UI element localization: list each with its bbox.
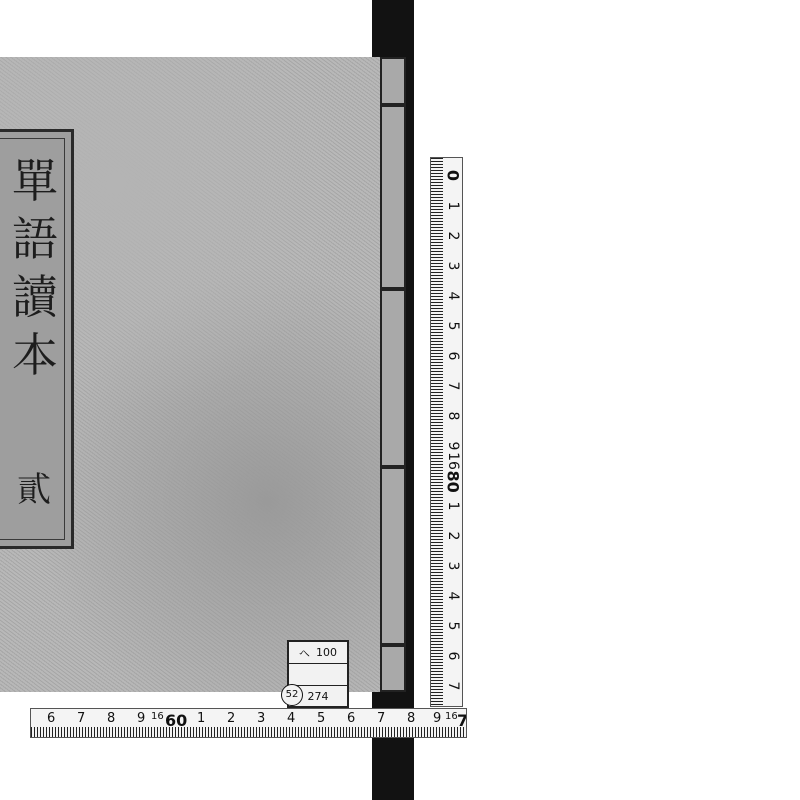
ruler-label: 8 — [407, 711, 415, 726]
book-binding — [380, 57, 408, 692]
ruler-label: 2 — [227, 711, 235, 726]
volume-number: 貳 — [12, 462, 56, 511]
ruler-label: 4 — [445, 287, 461, 305]
ruler-label: 7 — [77, 711, 85, 726]
ruler-label: 7 — [377, 711, 385, 726]
book-title: 單 語 讀 本 — [10, 152, 60, 384]
ruler-label: 1 — [197, 711, 205, 726]
ruler-label: 0 — [444, 167, 463, 185]
ruler-label: 9 — [433, 711, 441, 726]
ruler-label: 6 — [445, 647, 461, 665]
ruler-label: 1 — [445, 197, 461, 215]
ruler-label: 1 — [445, 497, 461, 515]
title-slip: 單 語 讀 本 貳 — [0, 129, 74, 549]
ruler-label: 8 — [445, 407, 461, 425]
ruler-label: 7 — [457, 711, 467, 730]
ruler-label: 8 — [107, 711, 115, 726]
circle-stamp: 52 — [281, 684, 303, 706]
ruler-label: 8 — [445, 703, 461, 707]
ruler-label: 16 — [151, 711, 164, 722]
ruler-label: 3 — [445, 557, 461, 575]
vertical-ruler: 01234567891680123456789 — [430, 157, 463, 707]
ruler-label: 9 — [137, 711, 145, 726]
ruler-label: 16 — [445, 452, 461, 470]
ruler-label: 5 — [445, 317, 461, 335]
ruler-label: 6 — [47, 711, 55, 726]
ruler-label: 16 — [445, 711, 458, 722]
ruler-label: 2 — [445, 227, 461, 245]
ruler-label: 6 — [445, 347, 461, 365]
ruler-label: 3 — [257, 711, 265, 726]
ruler-label: 7 — [445, 377, 461, 395]
ruler-label: 5 — [445, 617, 461, 635]
book-cover: 單 語 讀 本 貳 ヘ 100 274 52 — [0, 57, 382, 692]
horizontal-ruler: 67891660123456789167 — [30, 708, 467, 738]
ruler-label: 2 — [445, 527, 461, 545]
library-call-number-label: ヘ 100 274 52 — [287, 640, 349, 708]
ruler-label: 4 — [445, 587, 461, 605]
ruler-label: 3 — [445, 257, 461, 275]
ruler-label: 4 — [287, 711, 295, 726]
ruler-label: 7 — [445, 677, 461, 695]
ruler-label: 5 — [317, 711, 325, 726]
ruler-label: 60 — [165, 711, 187, 730]
ruler-label: 80 — [444, 471, 463, 489]
ruler-label: 6 — [347, 711, 355, 726]
